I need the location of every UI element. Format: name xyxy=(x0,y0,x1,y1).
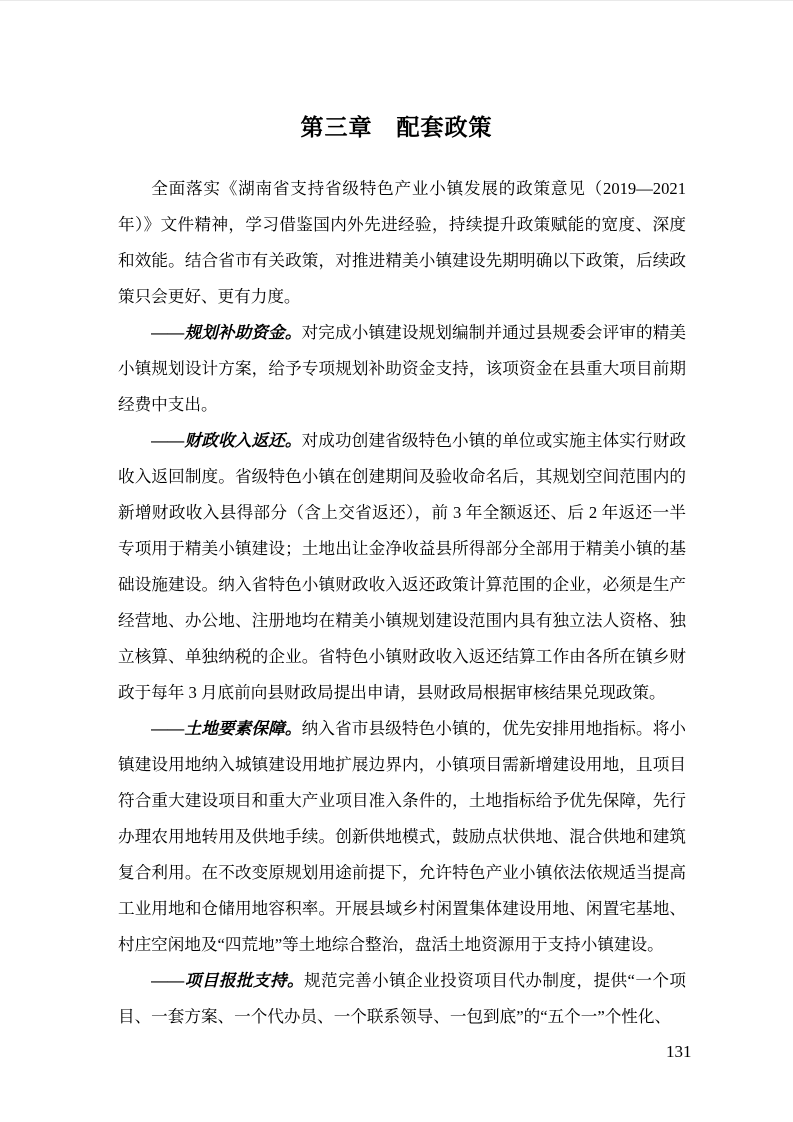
document-page: 第三章 配套政策 全面落实《湖南省支持省级特色产业小镇发展的政策意见（2019—… xyxy=(0,0,793,1122)
paragraph-intro: 全面落实《湖南省支持省级特色产业小镇发展的政策意见（2019—2021 年）》文… xyxy=(118,171,686,315)
paragraph-project-approval: ——项目报批支持。规范完善小镇企业投资项目代办制度，提供“一个项目、一套方案、一… xyxy=(118,963,686,1035)
paragraph-intro-text: 全面落实《湖南省支持省级特色产业小镇发展的政策意见（2019—2021 年）》文… xyxy=(118,179,686,306)
paragraph-project-approval-lead: ——项目报批支持。 xyxy=(151,971,304,990)
page-number: 131 xyxy=(666,1042,692,1062)
paragraph-land-guarantee-lead: ——土地要素保障。 xyxy=(151,719,301,738)
paragraph-fiscal-return-text: 对成功创建省级特色小镇的单位或实施主体实行财政收入返回制度。省级特色小镇在创建期… xyxy=(118,431,686,702)
paragraph-fiscal-return-lead: ——财政收入返还。 xyxy=(151,431,301,450)
paragraph-planning-subsidy-lead: ——规划补助资金。 xyxy=(151,323,301,342)
paragraph-land-guarantee-text: 纳入省市县级特色小镇的，优先安排用地指标。将小镇建设用地纳入城镇建设用地扩展边界… xyxy=(118,719,686,954)
paragraph-land-guarantee: ——土地要素保障。纳入省市县级特色小镇的，优先安排用地指标。将小镇建设用地纳入城… xyxy=(118,711,686,963)
document-body: 全面落实《湖南省支持省级特色产业小镇发展的政策意见（2019—2021 年）》文… xyxy=(118,171,686,1035)
paragraph-fiscal-return: ——财政收入返还。对成功创建省级特色小镇的单位或实施主体实行财政收入返回制度。省… xyxy=(118,423,686,711)
chapter-title: 第三章 配套政策 xyxy=(0,109,793,142)
paragraph-planning-subsidy: ——规划补助资金。对完成小镇建设规划编制并通过县规委会评审的精美小镇规划设计方案… xyxy=(118,315,686,423)
